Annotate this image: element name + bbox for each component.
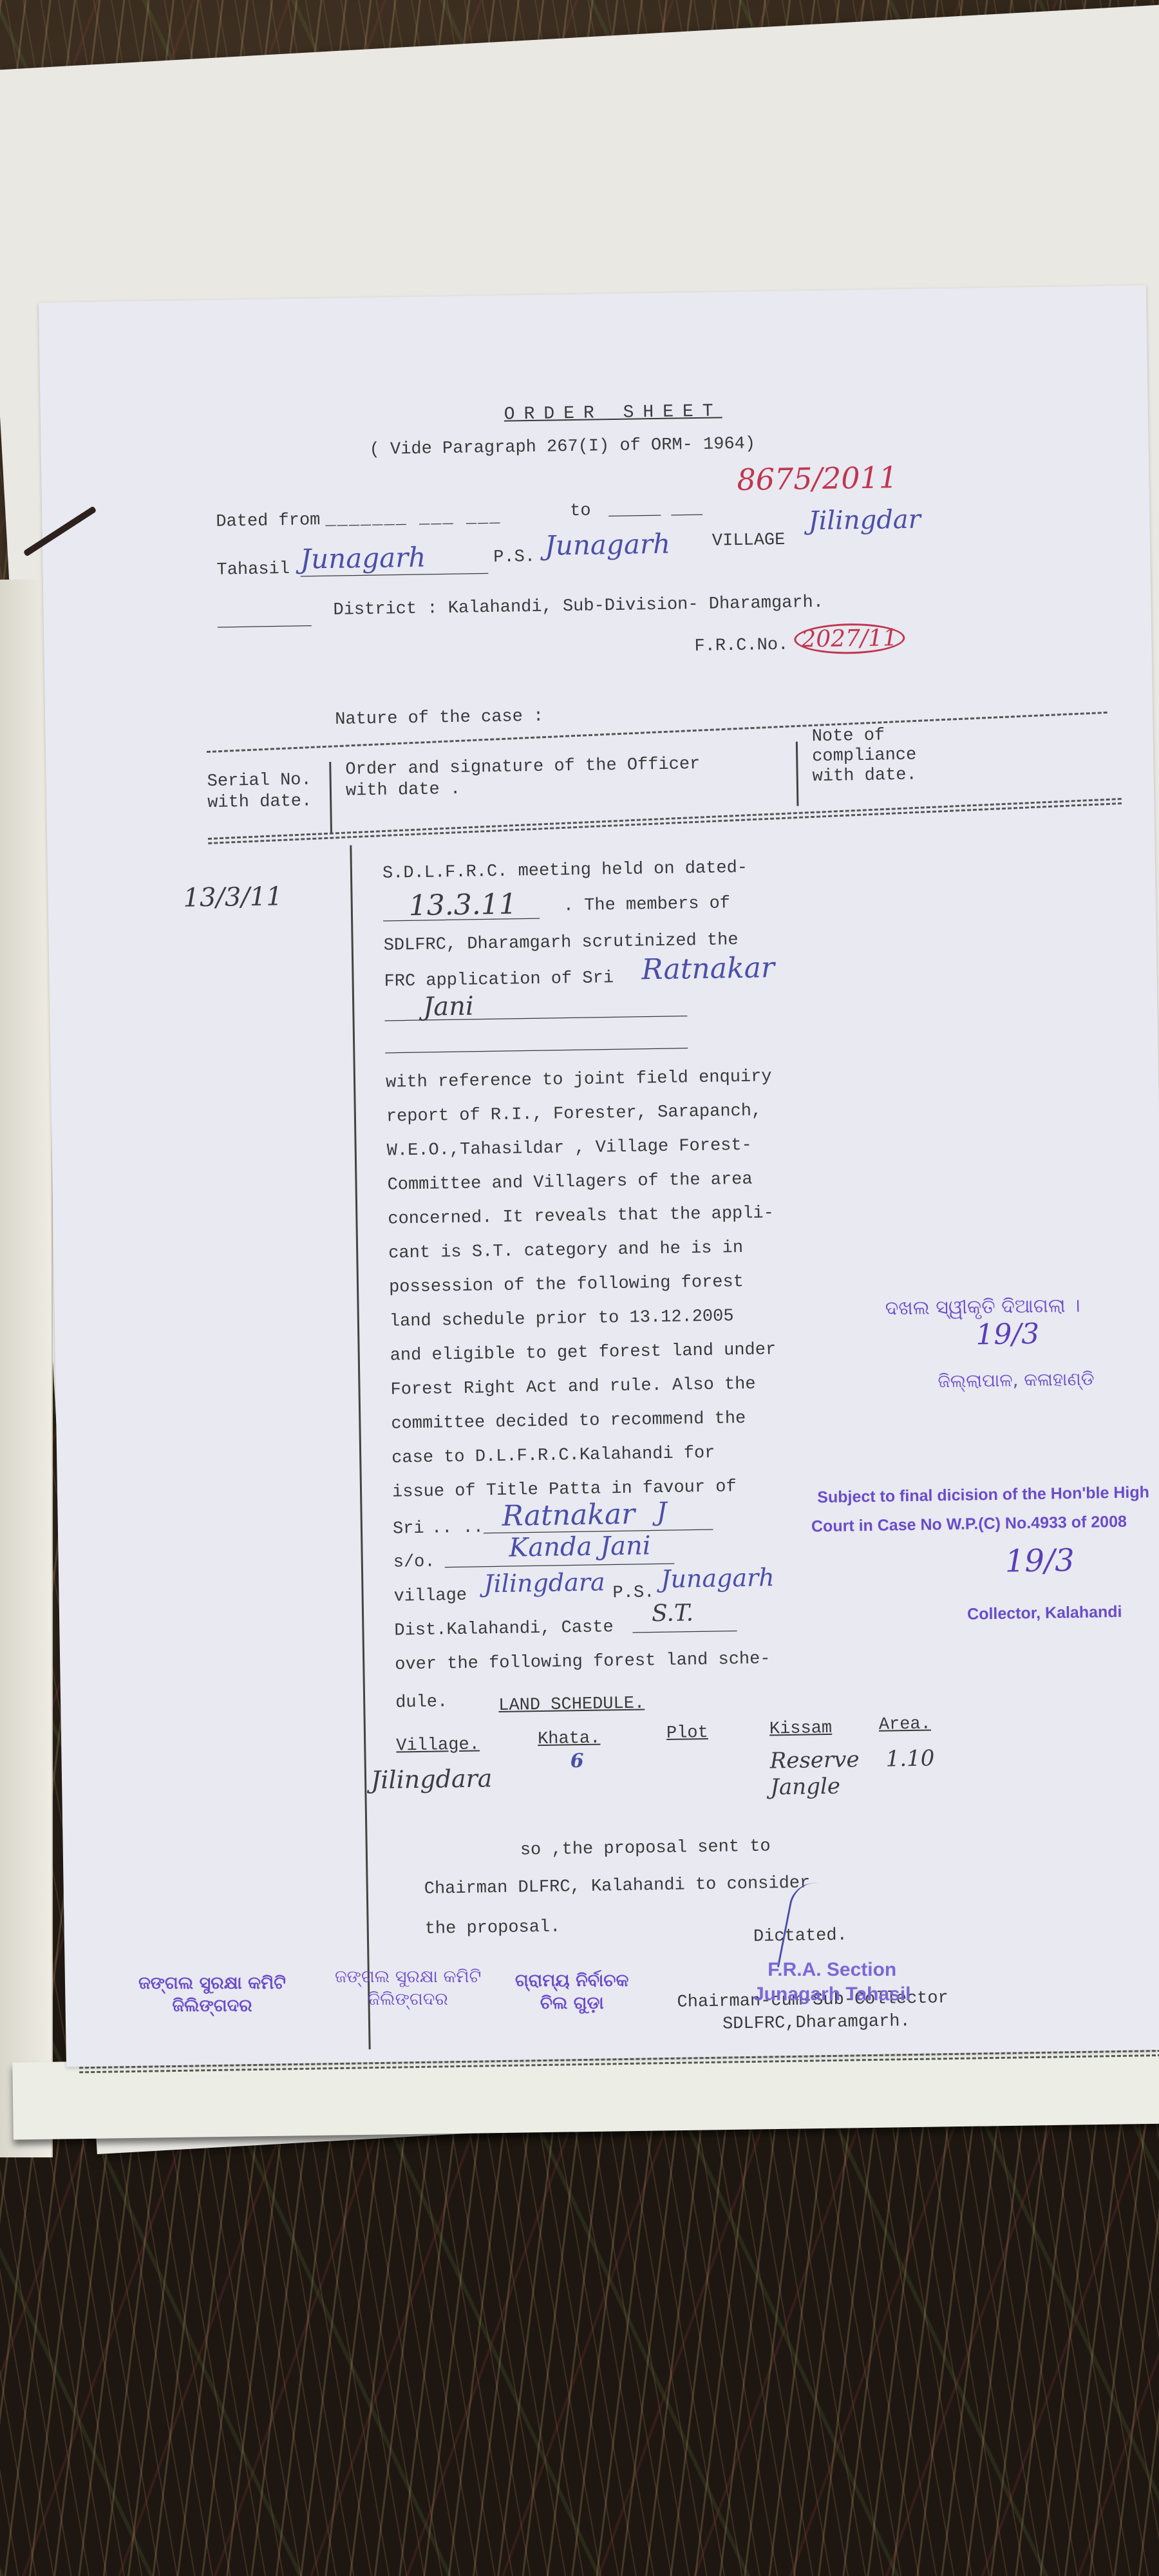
name-underline-1: _____________________________ [384,1001,687,1025]
schedule-cell-area: 1.10 [885,1745,934,1772]
dated-from-label: Dated from [216,511,320,532]
frc-number: 2027/11 [794,623,905,655]
court-note-line-2: Court in Case No W.P.(C) No.4933 of 2008 [811,1513,1127,1537]
closing-line-2: Chairman DLFRC, Kalahandi to consider [424,1873,811,1899]
frc-label: F.R.C.No. [694,636,788,656]
col-divider-2 [796,742,799,806]
caste-value: S.T. [652,1600,694,1627]
odia-collector-stamp: ଜିଲ୍ଲାପାଳ, କଳାହାଣ୍ଡି [938,1368,1095,1392]
odia-approval-stamp: ଦଖଲ ସ୍ୱୀକୃତି ଦିଆଗଲା । [885,1294,1080,1320]
order-line-7: W.E.O.,Tahasildar , Village Forest- [387,1136,752,1161]
district-line: District : Kalahandi, Sub-Division- Dhar… [333,593,824,620]
schedule-cell-khata: 6 [570,1750,583,1772]
body-column-divider [350,845,370,2049]
meeting-date-underline: _______________ [383,904,540,925]
case-number-handwritten: 8675/2011 [737,460,898,497]
schedule-cell-village: Jilingdara [371,1764,493,1794]
land-schedule-title: LAND SCHEDULE. [498,1694,645,1716]
to-field: _____ ___ [608,500,702,520]
closing-line-3: the proposal. [425,1918,561,1939]
order-line-12: land schedule prior to 13.12.2005 [390,1307,734,1331]
father-name: Kanda Jani [509,1531,651,1562]
district-blank: _________ [218,611,312,631]
ps-label-body: P.S. [612,1583,654,1603]
order-line-10: cant is S.T. category and he is in [388,1238,743,1264]
applicant-surname-repeat: J [656,1497,667,1527]
ps-value-body: Junagarh [661,1563,775,1593]
serial-date: 13/3/11 [183,882,283,913]
order-sheet-page: ORDER SHEET ( Vide Paragraph 267(I) of O… [39,285,1159,2067]
order-line-4: FRC application of Sri [384,969,614,992]
closing-line-1: so ,the proposal sent to [520,1837,771,1860]
footer-stamp-gram: ଗ୍ରାମ୍ୟ ନିର୍ବାଚକଚିଲ ଗୁଡ଼ା [515,1969,628,2014]
village-value-body: Jilingdara [484,1567,605,1598]
order-line-8: Committee and Villagers of the area [387,1170,752,1195]
applicant-name-repeat: Ratnakar [502,1498,635,1533]
schedule-header-plot: Plot [666,1723,708,1743]
tahasil-underline: __________________ [300,558,488,581]
village-value: Jilingdar [808,505,921,536]
collector-stamp: Collector, Kalahandi [967,1603,1122,1624]
applicant-first-name: Ratnakar [641,951,775,986]
nature-of-case-label: Nature of the case : [335,707,543,730]
schedule-header-village: Village. [396,1736,480,1756]
order-line-5: with reference to joint field enquiry [386,1067,772,1092]
order-line-6: report of R.I., Forester, Sarapanch, [386,1102,762,1127]
to-label: to [570,502,591,522]
so-label: s/o. [393,1553,435,1573]
sri-label: Sri [393,1519,424,1539]
approval-date-signature: 19/3 [975,1318,1040,1352]
page-title: ORDER SHEET [504,401,722,424]
page-subtitle: ( Vide Paragraph 267(I) of ORM- 1964) [369,435,755,460]
order-line-2: . The members of [563,894,731,916]
ps-label: P.S. [493,547,535,567]
schedule-header-area: Area. [879,1715,931,1735]
village-label-body: village [393,1586,467,1607]
order-line-1: S.D.L.F.R.C. meeting held on dated- [382,858,748,884]
col-header-order: Order and signature of the Officerwith d… [345,756,701,800]
col-header-serial: Serial No.with date. [207,772,312,812]
order-line-3: SDLFRC, Dharamgarh scrutinized the [384,931,739,956]
schedule-header-khata: Khata. [538,1729,601,1750]
order-line-16: case to D.L.F.R.C.Kalahandi for [391,1444,715,1468]
order-line-14: Forest Right Act and rule. Also the [390,1375,755,1400]
schedule-header-kissam: Kissam [769,1719,833,1739]
name-underline-2: _____________________________ [385,1033,688,1057]
order-line-11: possession of the following forest [389,1273,744,1298]
table-header-rule [208,798,1122,844]
signatory-office: SDLFRC,Dharamgarh. [722,2012,910,2034]
col-header-compliance: Note ofcompliancewith date. [812,727,917,786]
footer-stamp-fra-section: F.R.A. SectionJunagarh Tahasil [753,1958,911,2006]
court-note-line-1: Subject to final dicision of the Hon'ble… [817,1483,1149,1507]
folder-spine [0,580,53,2157]
dated-from-field: _______ ___ ___ [325,508,501,530]
schedule-cell-kissam: Reserve Jangle [769,1747,873,1801]
tahasil-label: Tahasil [216,560,290,580]
dule-line: dule. [395,1692,448,1712]
over-line: over the following forest land sche- [395,1649,771,1674]
footer-stamp-fpc-2: ଜଙ୍ଗଲ ସୁରକ୍ଷା କମିଟିଜିଲିଙ୍ଗଦର [335,1965,481,2011]
col-divider-1 [329,762,332,833]
village-label: VILLAGE [712,531,786,551]
order-line-13: and eligible to get forest land under [390,1340,777,1365]
ps-value: Junagarh [545,528,671,562]
footer-stamp-fpc-1: ଜଙ୍ଗଲ ସୁରକ୍ଷା କମିଟିଜିଲିଙ୍ଗଦର [138,1972,286,2017]
collector-date-signature: 19/3 [1004,1542,1075,1580]
order-line-15: committee decided to recommend the [391,1409,746,1434]
order-line-9: concerned. It reveals that the appli- [388,1204,774,1229]
dist-caste-label: Dist.Kalahandi, Caste [394,1618,614,1640]
